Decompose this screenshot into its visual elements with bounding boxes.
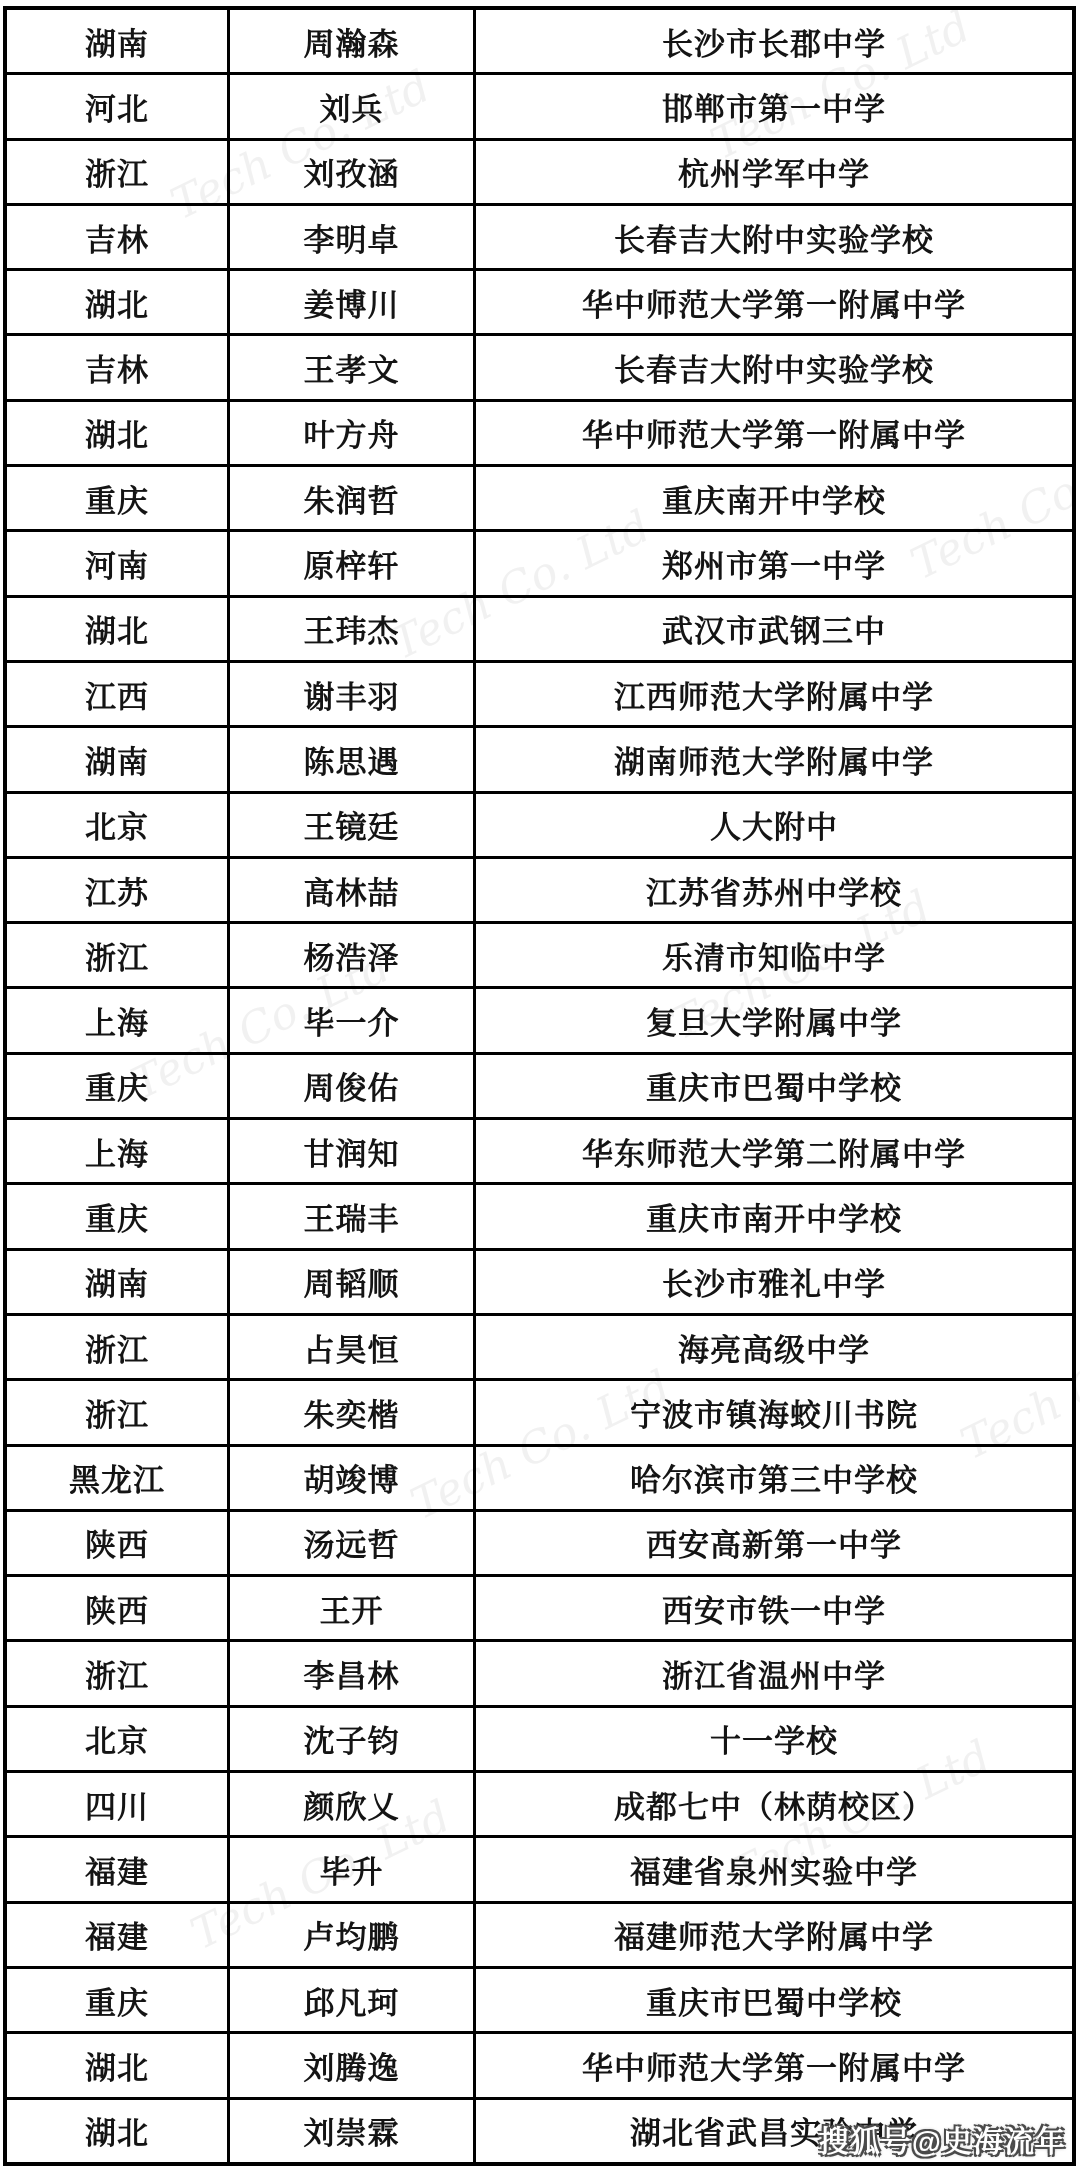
school-cell: 华中师范大学第一附属中学 (476, 2034, 1072, 2096)
name-cell: 王开 (230, 1577, 476, 1639)
school-cell: 华中师范大学第一附属中学 (476, 402, 1072, 464)
province-cell: 重庆 (7, 467, 230, 529)
school-cell: 西安市铁一中学 (476, 1577, 1072, 1639)
province-cell: 湖北 (7, 271, 230, 333)
table-row: 浙江 杨浩泽 乐清市知临中学 (7, 924, 1072, 989)
table-row: 北京 王镜廷 人大附中 (7, 794, 1072, 859)
school-cell: 浙江省温州中学 (476, 1642, 1072, 1704)
table-row: 浙江 李昌林 浙江省温州中学 (7, 1642, 1072, 1707)
province-cell: 湖北 (7, 2100, 230, 2162)
school-cell: 江西师范大学附属中学 (476, 663, 1072, 725)
name-cell: 刘孜涵 (230, 141, 476, 203)
school-cell: 重庆市南开中学校 (476, 1185, 1072, 1247)
school-cell: 福建师范大学附属中学 (476, 1904, 1072, 1966)
province-cell: 重庆 (7, 1969, 230, 2031)
name-cell: 李明卓 (230, 206, 476, 268)
school-cell: 华中师范大学第一附属中学 (476, 271, 1072, 333)
table-row: 湖南 陈思遇 湖南师范大学附属中学 (7, 728, 1072, 793)
name-cell: 周俊佑 (230, 1055, 476, 1117)
table-row: 湖南 周瀚森 长沙市长郡中学 (7, 10, 1072, 75)
table-row: 吉林 李明卓 长春吉大附中实验学校 (7, 206, 1072, 271)
name-cell: 卢均鹏 (230, 1904, 476, 1966)
table-row: 陕西 王开 西安市铁一中学 (7, 1577, 1072, 1642)
province-cell: 重庆 (7, 1055, 230, 1117)
school-cell: 长沙市雅礼中学 (476, 1251, 1072, 1313)
name-cell: 甘润知 (230, 1120, 476, 1182)
sohu-account-watermark: 搜狐号@史海流年 (819, 2117, 1066, 2161)
name-cell: 胡竣博 (230, 1447, 476, 1509)
school-cell: 长春吉大附中实验学校 (476, 206, 1072, 268)
province-cell: 吉林 (7, 206, 230, 268)
table-row: 河南 原梓轩 郑州市第一中学 (7, 532, 1072, 597)
province-cell: 浙江 (7, 1381, 230, 1443)
name-cell: 陈思遇 (230, 728, 476, 790)
table-row: 湖北 姜博川 华中师范大学第一附属中学 (7, 271, 1072, 336)
table-row: 上海 毕一介 复旦大学附属中学 (7, 989, 1072, 1054)
table-row: 重庆 王瑞丰 重庆市南开中学校 (7, 1185, 1072, 1250)
school-cell: 重庆南开中学校 (476, 467, 1072, 529)
table-row: 浙江 朱奕楷 宁波市镇海蛟川书院 (7, 1381, 1072, 1446)
province-cell: 浙江 (7, 1316, 230, 1378)
province-cell: 江苏 (7, 859, 230, 921)
name-cell: 刘腾逸 (230, 2034, 476, 2096)
table-row: 四川 颜欣乂 成都七中（林荫校区） (7, 1773, 1072, 1838)
school-cell: 宁波市镇海蛟川书院 (476, 1381, 1072, 1443)
province-cell: 四川 (7, 1773, 230, 1835)
school-cell: 湖南师范大学附属中学 (476, 728, 1072, 790)
school-cell: 邯郸市第一中学 (476, 75, 1072, 137)
school-cell: 杭州学军中学 (476, 141, 1072, 203)
province-cell: 湖北 (7, 598, 230, 660)
school-cell: 十一学校 (476, 1708, 1072, 1770)
table-row: 河北 刘兵 邯郸市第一中学 (7, 75, 1072, 140)
school-cell: 长春吉大附中实验学校 (476, 336, 1072, 398)
table-row: 黑龙江 胡竣博 哈尔滨市第三中学校 (7, 1447, 1072, 1512)
school-cell: 复旦大学附属中学 (476, 989, 1072, 1051)
province-cell: 湖南 (7, 1251, 230, 1313)
name-cell: 周韬顺 (230, 1251, 476, 1313)
province-cell: 河北 (7, 75, 230, 137)
student-roster-table: 湖南 周瀚森 长沙市长郡中学 河北 刘兵 邯郸市第一中学 浙江 刘孜涵 杭州学军… (3, 6, 1076, 2166)
name-cell: 王孝文 (230, 336, 476, 398)
table-row: 湖北 王玮杰 武汉市武钢三中 (7, 598, 1072, 663)
table-row: 湖南 周韬顺 长沙市雅礼中学 (7, 1251, 1072, 1316)
name-cell: 叶方舟 (230, 402, 476, 464)
school-cell: 人大附中 (476, 794, 1072, 856)
school-cell: 华东师范大学第二附属中学 (476, 1120, 1072, 1182)
name-cell: 邱凡珂 (230, 1969, 476, 2031)
table-row: 重庆 邱凡珂 重庆市巴蜀中学校 (7, 1969, 1072, 2034)
province-cell: 浙江 (7, 924, 230, 986)
table-row: 吉林 王孝文 长春吉大附中实验学校 (7, 336, 1072, 401)
province-cell: 北京 (7, 794, 230, 856)
province-cell: 吉林 (7, 336, 230, 398)
province-cell: 上海 (7, 1120, 230, 1182)
school-cell: 哈尔滨市第三中学校 (476, 1447, 1072, 1509)
table-row: 北京 沈子钧 十一学校 (7, 1708, 1072, 1773)
table-row: 重庆 周俊佑 重庆市巴蜀中学校 (7, 1055, 1072, 1120)
name-cell: 毕升 (230, 1838, 476, 1900)
name-cell: 周瀚森 (230, 10, 476, 72)
school-cell: 江苏省苏州中学校 (476, 859, 1072, 921)
province-cell: 上海 (7, 989, 230, 1051)
province-cell: 北京 (7, 1708, 230, 1770)
name-cell: 王玮杰 (230, 598, 476, 660)
name-cell: 朱奕楷 (230, 1381, 476, 1443)
table-row: 浙江 占昊恒 海亮高级中学 (7, 1316, 1072, 1381)
school-cell: 福建省泉州实验中学 (476, 1838, 1072, 1900)
school-cell: 成都七中（林荫校区） (476, 1773, 1072, 1835)
province-cell: 福建 (7, 1838, 230, 1900)
school-cell: 西安高新第一中学 (476, 1512, 1072, 1574)
table-row: 福建 卢均鹏 福建师范大学附属中学 (7, 1904, 1072, 1969)
school-cell: 长沙市长郡中学 (476, 10, 1072, 72)
province-cell: 福建 (7, 1904, 230, 1966)
school-cell: 郑州市第一中学 (476, 532, 1072, 594)
name-cell: 沈子钧 (230, 1708, 476, 1770)
name-cell: 毕一介 (230, 989, 476, 1051)
province-cell: 浙江 (7, 141, 230, 203)
province-cell: 湖南 (7, 10, 230, 72)
table-row: 浙江 刘孜涵 杭州学军中学 (7, 141, 1072, 206)
name-cell: 颜欣乂 (230, 1773, 476, 1835)
province-cell: 陕西 (7, 1512, 230, 1574)
name-cell: 谢丰羽 (230, 663, 476, 725)
province-cell: 重庆 (7, 1185, 230, 1247)
name-cell: 占昊恒 (230, 1316, 476, 1378)
name-cell: 刘崇霖 (230, 2100, 476, 2162)
school-cell: 海亮高级中学 (476, 1316, 1072, 1378)
province-cell: 湖南 (7, 728, 230, 790)
school-cell: 重庆市巴蜀中学校 (476, 1055, 1072, 1117)
table-row: 湖北 刘腾逸 华中师范大学第一附属中学 (7, 2034, 1072, 2099)
table-row: 江苏 高林喆 江苏省苏州中学校 (7, 859, 1072, 924)
name-cell: 刘兵 (230, 75, 476, 137)
name-cell: 原梓轩 (230, 532, 476, 594)
school-cell: 武汉市武钢三中 (476, 598, 1072, 660)
province-cell: 浙江 (7, 1642, 230, 1704)
name-cell: 高林喆 (230, 859, 476, 921)
table-row: 福建 毕升 福建省泉州实验中学 (7, 1838, 1072, 1903)
name-cell: 杨浩泽 (230, 924, 476, 986)
province-cell: 湖北 (7, 2034, 230, 2096)
table-row: 陕西 汤远哲 西安高新第一中学 (7, 1512, 1072, 1577)
name-cell: 汤远哲 (230, 1512, 476, 1574)
school-cell: 重庆市巴蜀中学校 (476, 1969, 1072, 2031)
province-cell: 江西 (7, 663, 230, 725)
province-cell: 湖北 (7, 402, 230, 464)
name-cell: 姜博川 (230, 271, 476, 333)
name-cell: 李昌林 (230, 1642, 476, 1704)
table-row: 重庆 朱润哲 重庆南开中学校 (7, 467, 1072, 532)
table-row: 湖北 叶方舟 华中师范大学第一附属中学 (7, 402, 1072, 467)
name-cell: 王镜廷 (230, 794, 476, 856)
table-row: 江西 谢丰羽 江西师范大学附属中学 (7, 663, 1072, 728)
name-cell: 王瑞丰 (230, 1185, 476, 1247)
province-cell: 河南 (7, 532, 230, 594)
name-cell: 朱润哲 (230, 467, 476, 529)
table-row: 上海 甘润知 华东师范大学第二附属中学 (7, 1120, 1072, 1185)
province-cell: 陕西 (7, 1577, 230, 1639)
school-cell: 乐清市知临中学 (476, 924, 1072, 986)
page: Tech Co. LtdTech Co. LtdTech Co. LtdTech… (0, 0, 1080, 2171)
province-cell: 黑龙江 (7, 1447, 230, 1509)
